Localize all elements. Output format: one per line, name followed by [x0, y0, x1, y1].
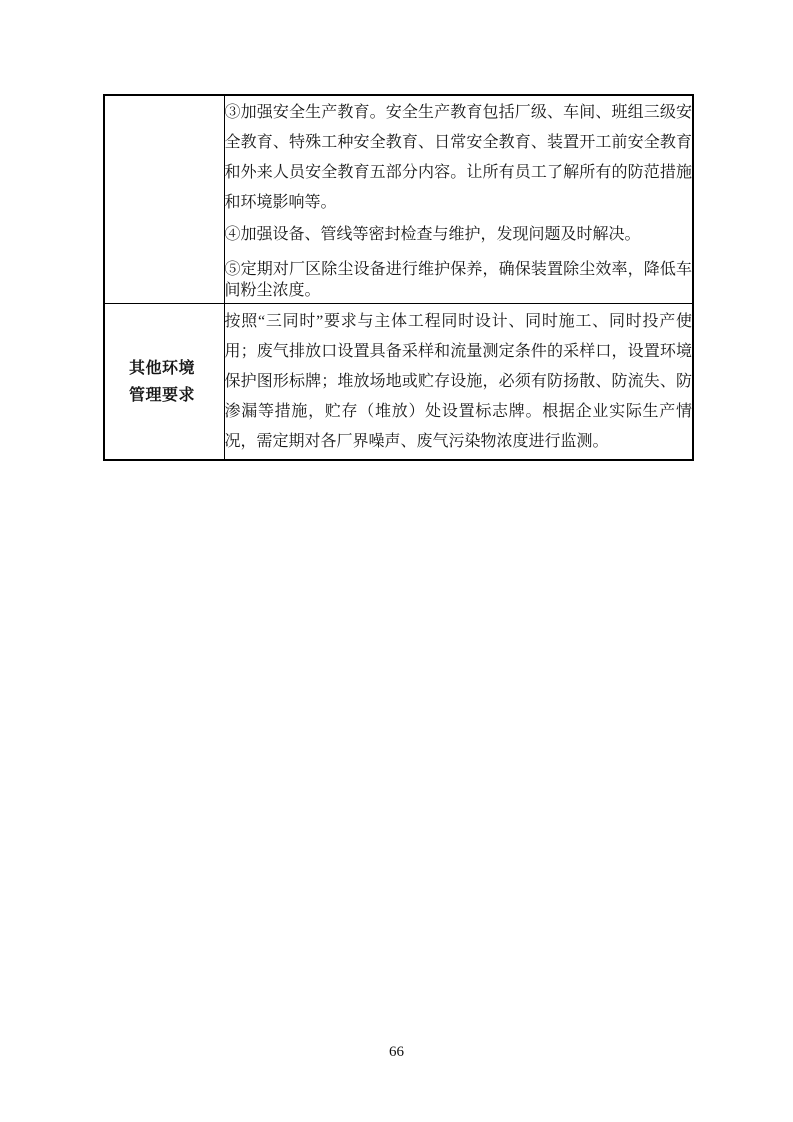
- document-page: ③加强安全生产教育。安全生产教育包括厂级、车间、班组三级安全教育、特殊工种安全教…: [0, 0, 793, 1122]
- environment-management-table: ③加强安全生产教育。安全生产教育包括厂级、车间、班组三级安全教育、特殊工种安全教…: [103, 94, 694, 461]
- paragraph-three-simultaneous: 按照“三同时”要求与主体工程同时设计、同时施工、同时投产使用；废气排放口设置具备…: [225, 307, 693, 457]
- row-content-cell: ③加强安全生产教育。安全生产教育包括厂级、车间、班组三级安全教育、特殊工种安全教…: [224, 95, 693, 304]
- page-number: 66: [0, 1042, 793, 1062]
- table-row-continuation: ③加强安全生产教育。安全生产教育包括厂级、车间、班组三级安全教育、特殊工种安全教…: [104, 95, 693, 304]
- row-label-cell: 其他环境管理要求: [104, 304, 224, 461]
- row-content-cell: 按照“三同时”要求与主体工程同时设计、同时施工、同时投产使用；废气排放口设置具备…: [224, 304, 693, 461]
- paragraph-safety-education: ③加强安全生产教育。安全生产教育包括厂级、车间、班组三级安全教育、特殊工种安全教…: [225, 98, 693, 218]
- paragraph-equipment-sealing: ④加强设备、管线等密封检查与维护，发现问题及时解决。: [225, 220, 693, 250]
- row-label: 其他环境管理要求: [129, 355, 199, 409]
- paragraph-dust-removal: ⑤定期对厂区除尘设备进行维护保养，确保装置除尘效率，降低车间粉尘浓度。: [225, 257, 693, 301]
- table-row-other-requirements: 其他环境管理要求 按照“三同时”要求与主体工程同时设计、同时施工、同时投产使用；…: [104, 304, 693, 461]
- row-label-cell-empty: [104, 95, 224, 304]
